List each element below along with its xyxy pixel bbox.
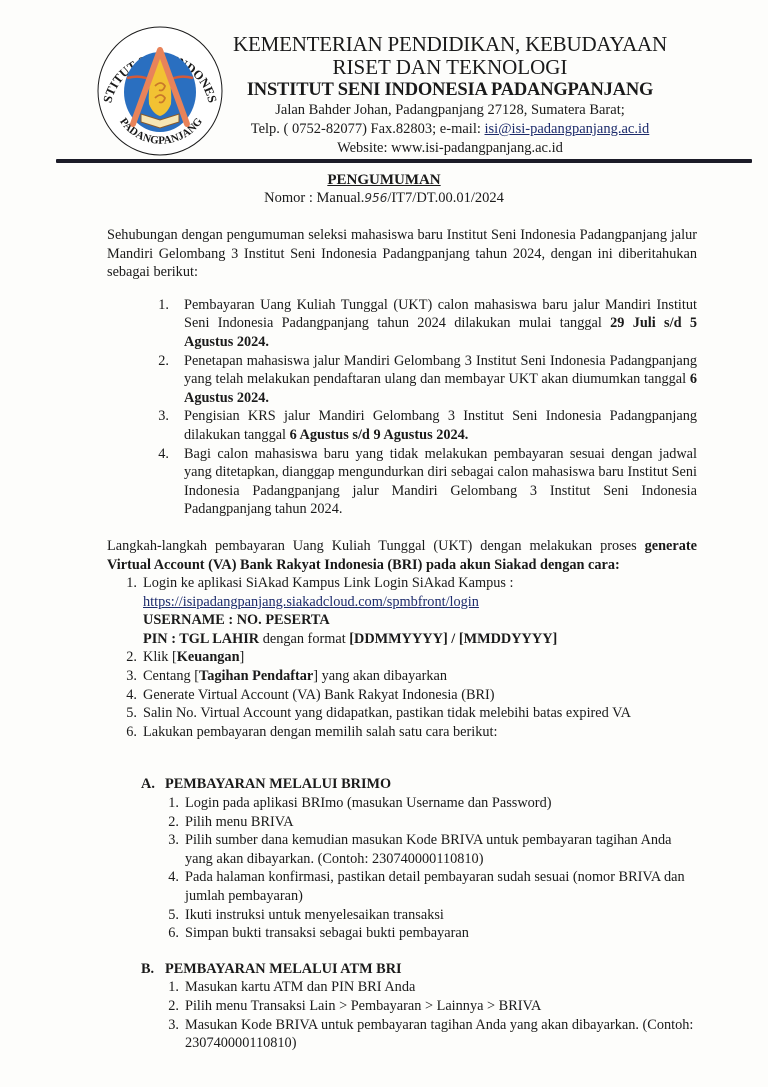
list-item: 2.Pilih menu Transaksi Lain > Pembayaran… (163, 997, 697, 1016)
section-a-heading: A.PEMBAYARAN MELALUI BRIMO (141, 775, 697, 794)
institute-contact: Telp. ( 0752-82077) Fax.82803; e-mail: i… (225, 120, 675, 139)
list-item: 4.Generate Virtual Account (VA) Bank Rak… (117, 686, 697, 705)
list-item: 6.Simpan bukti transaksi sebagai bukti p… (163, 924, 697, 943)
list-item: 3.Pengisian KRS jalur Mandiri Gelombang … (141, 407, 697, 444)
ministry-name: KEMENTERIAN PENDIDIKAN, KEBUDAYAAN (225, 32, 675, 56)
institute-name: INSTITUT SENI INDONESIA PADANGPANJANG (225, 79, 675, 101)
list-item: 5.Salin No. Virtual Account yang didapat… (117, 704, 697, 723)
list-item: 6.Lakukan pembayaran dengan memilih sala… (117, 723, 697, 742)
siakad-login-link[interactable]: https://isipadangpanjang.siakadcloud.com… (143, 594, 479, 610)
section-a-list: 1.Login pada aplikasi BRImo (masukan Use… (107, 794, 697, 943)
institute-seal-icon: INSTITUT SENI INDONESIA PADANGPANJANG (93, 24, 227, 158)
institute-website: Website: www.isi-padangpanjang.ac.id (225, 139, 675, 158)
announcement-number: Nomor : Manual.956/IT7/DT.00.01/2024 (0, 190, 768, 207)
document-page: INSTITUT SENI INDONESIA PADANGPANJANG KE… (0, 0, 768, 1087)
institute-address: Jalan Bahder Johan, Padangpanjang 27128,… (225, 101, 675, 120)
list-item: 3.Centang [Tagihan Pendaftar] yang akan … (117, 667, 697, 686)
list-item: 4.Bagi calon mahasiswa baru yang tidak m… (141, 445, 697, 519)
payment-steps: 1.Login ke aplikasi SiAkad Kampus Link L… (107, 574, 697, 741)
announcement-list: 1.Pembayaran Uang Kuliah Tunggal (UKT) c… (107, 296, 697, 519)
list-item: 2.Klik [Keuangan] (117, 648, 697, 667)
list-item: 3.Masukan Kode BRIVA untuk pembayaran ta… (163, 1016, 697, 1053)
list-item: 1.Masukan kartu ATM dan PIN BRI Anda (163, 978, 697, 997)
section-b-heading: B.PEMBAYARAN MELALUI ATM BRI (141, 960, 697, 979)
list-item: 5.Ikuti instruksi untuk menyelesaikan tr… (163, 906, 697, 925)
list-item: 4.Pada halaman konfirmasi, pastikan deta… (163, 868, 697, 905)
email-link[interactable]: isi@isi-padangpanjang.ac.id (485, 121, 650, 137)
list-item: 1.Login ke aplikasi SiAkad Kampus Link L… (117, 574, 697, 648)
list-item: 2.Pilih menu BRIVA (163, 813, 697, 832)
list-item: 2.Penetapan mahasiswa jalur Mandiri Gelo… (141, 352, 697, 408)
letterhead-divider (56, 159, 752, 163)
list-item: 1.Login pada aplikasi BRImo (masukan Use… (163, 794, 697, 813)
intro-paragraph: Sehubungan dengan pengumuman seleksi mah… (107, 226, 697, 282)
list-item: 3.Pilih sumber dana kemudian masukan Kod… (163, 831, 697, 868)
ministry-name-line2: RISET DAN TEKNOLOGI (225, 56, 675, 79)
section-b-list: 1.Masukan kartu ATM dan PIN BRI Anda 2.P… (107, 978, 697, 1052)
handwritten-number: 956 (364, 191, 387, 205)
letterhead: KEMENTERIAN PENDIDIKAN, KEBUDAYAAN RISET… (225, 32, 675, 158)
announcement-body: Sehubungan dengan pengumuman seleksi mah… (107, 226, 697, 1053)
list-item: 1.Pembayaran Uang Kuliah Tunggal (UKT) c… (141, 296, 697, 352)
payment-intro: Langkah-langkah pembayaran Uang Kuliah T… (107, 537, 697, 574)
announcement-title: PENGUMUMAN (0, 172, 768, 189)
